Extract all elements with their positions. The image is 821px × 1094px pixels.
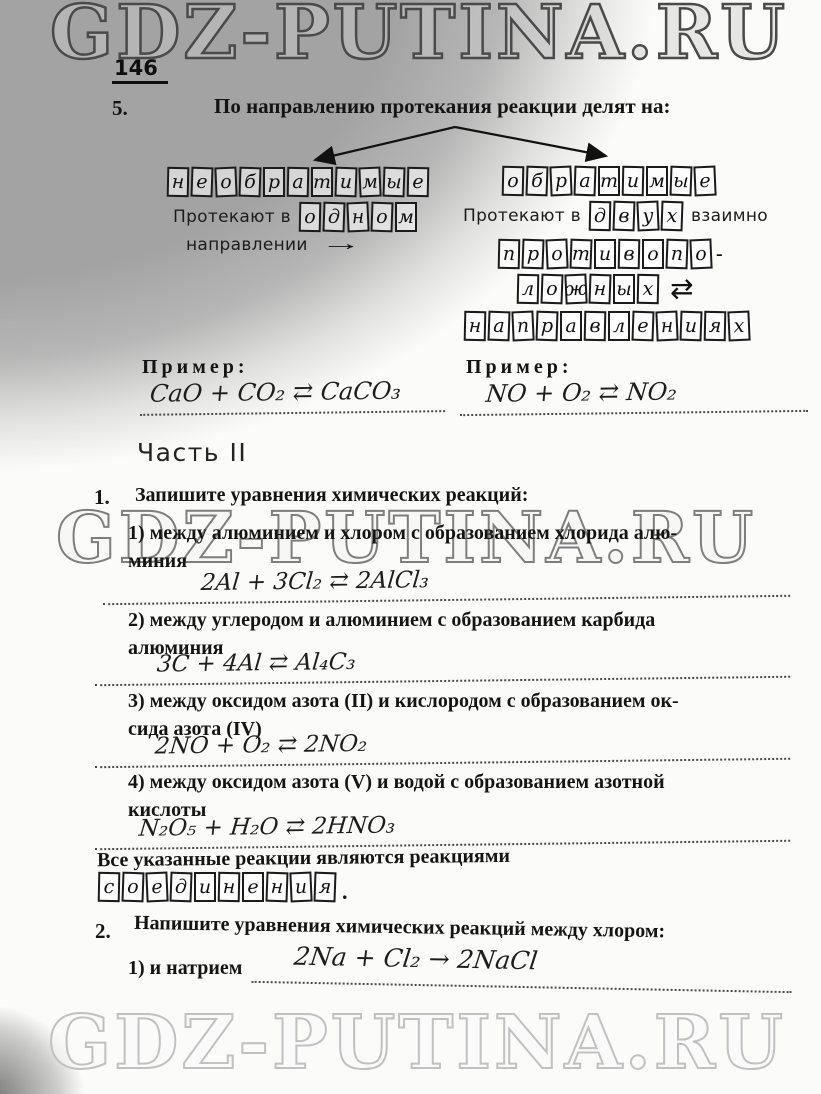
letter-box: н	[218, 872, 241, 902]
letter-box: т	[598, 166, 620, 196]
letter-box: ы	[613, 274, 635, 304]
letter-box: п	[511, 311, 534, 342]
subitem-3-line1: 3) между оксидом азота (II) и кислородом…	[128, 687, 793, 715]
letter-box: и	[334, 167, 357, 198]
letter-box: м	[646, 166, 668, 196]
equation-line: 2NO + O₂ ⇄ 2NO₂	[95, 726, 790, 768]
example-label-right: Пример:	[466, 356, 573, 379]
letter-box: а	[560, 311, 582, 341]
flow-mid-right: взаимно	[691, 206, 768, 226]
letter-box: в	[618, 239, 641, 269]
answer-boxes-two: двух	[588, 201, 684, 231]
letter-box: х	[637, 274, 660, 304]
letter-box: и	[594, 239, 616, 269]
letter-box: с	[98, 872, 121, 902]
answer-boxes-directions: направлениях	[463, 311, 751, 341]
example-label-left: Пример:	[142, 356, 249, 379]
letter-box: в	[584, 311, 607, 341]
subitem-1-line1: 1) между алюминием и хлором с образовани…	[128, 519, 788, 547]
opposite-row-2: ложных ⇄	[516, 274, 693, 304]
letter-box: ы	[669, 166, 692, 197]
reversible-arrow-icon: ⇄	[670, 276, 693, 302]
answer-boxes-combination: соединения	[97, 872, 337, 902]
letter-box: о	[689, 239, 712, 270]
subitem-2-line1: 2) между углеродом и алюминием с образов…	[128, 606, 788, 634]
letter-box: п	[498, 239, 521, 269]
question-1-title: Запишите уравнения химических реакций:	[135, 484, 695, 507]
letter-box: и	[289, 872, 312, 903]
period: .	[342, 882, 348, 902]
subitem-4-line1: 4) между оксидом азота (V) и водой с обр…	[128, 768, 793, 796]
letter-box: о	[214, 167, 237, 198]
letter-box: п	[665, 239, 688, 270]
letter-box: е	[190, 167, 213, 198]
watermark-bottom: GDZ-PUTINA.RU	[48, 1000, 786, 1086]
letter-box: в	[612, 201, 635, 232]
letter-box: а	[573, 166, 596, 197]
letter-box: д	[322, 202, 345, 233]
handwritten-equation: NO + O₂ ⇄ NO₂	[459, 377, 679, 408]
flow-suffix-left: направлении	[186, 235, 308, 255]
letter-box: о	[540, 274, 563, 305]
letter-box: о	[545, 239, 568, 270]
letter-box: т	[569, 239, 592, 270]
letter-box: р	[263, 167, 285, 197]
letter-box: х	[660, 201, 683, 232]
handwritten-equation: N₂O₅ + H₂O ⇄ 2HNO₃	[94, 813, 397, 843]
letter-box: о	[642, 239, 664, 269]
question-1-number: 1.	[94, 485, 110, 510]
letter-box: х	[727, 311, 750, 342]
opposite-row-1: противопо -	[497, 239, 723, 269]
question-2-title: Напишите уравнения химических реакций ме…	[134, 912, 779, 945]
letter-box: и	[679, 311, 702, 342]
handwritten-equation: 2Al + 3Cl₂ ⇄ 2AlCl₃	[102, 567, 430, 597]
letter-box: ы	[382, 167, 405, 198]
letter-box: т	[311, 167, 333, 197]
letter-box: н	[167, 167, 190, 197]
letter-box: о	[121, 872, 144, 903]
letter-box: л	[608, 311, 630, 341]
letter-box: а	[487, 311, 510, 342]
letter-box: е	[407, 167, 430, 197]
letter-box: м	[358, 167, 381, 198]
letter-box: р	[535, 311, 558, 342]
q2-subitem-1-label: 1) и натрием	[128, 954, 242, 982]
flow-row-left: Протекают в одном	[173, 202, 418, 232]
question-5-number: 5.	[112, 96, 128, 121]
handwritten-equation: 2NO + O₂ ⇄ 2NO₂	[94, 731, 369, 760]
answer-boxes-irreversible: необратимые	[166, 167, 430, 197]
letter-box: о	[370, 202, 393, 233]
flow-prefix-left: Протекают в	[173, 207, 291, 227]
letter-box: е	[693, 166, 716, 197]
direction-row-left: направлении →	[186, 233, 351, 256]
handwritten-equation: 3C + 4Al ⇄ Al₄C₃	[94, 649, 357, 678]
letter-box: н	[588, 274, 611, 305]
answer-boxes-opposite-2: ложных	[516, 274, 660, 304]
letter-box: д	[589, 201, 612, 231]
equation-line: 2Na + Cl₂ → 2NaCl	[252, 941, 793, 993]
letter-box: б	[238, 167, 261, 198]
right-arrow-icon: →	[320, 233, 362, 256]
letter-box: у	[636, 201, 659, 232]
letter-box: р	[521, 239, 544, 270]
question-5-title: По направлению протекания реакции делят …	[214, 93, 764, 119]
conclusion-answer-row: соединения .	[97, 872, 348, 902]
letter-box: н	[655, 311, 678, 342]
letter-box: д	[169, 872, 192, 903]
equation-line: 2Al + 3Cl₂ ⇄ 2AlCl₃	[103, 563, 790, 605]
answer-boxes-one: одном	[298, 202, 418, 232]
letter-box: р	[549, 166, 572, 197]
letter-box: л	[517, 274, 540, 304]
letter-box: о	[502, 166, 525, 196]
letter-box: а	[287, 167, 310, 197]
part-2-heading: Часть II	[137, 438, 247, 467]
letter-box: о	[299, 202, 322, 232]
letter-box: е	[242, 872, 264, 902]
equation-line: CaO + CO₂ ⇄ CaCO₃	[140, 376, 445, 416]
letter-box: я	[313, 872, 336, 903]
hyphen: -	[716, 243, 723, 266]
letter-box: и	[622, 166, 645, 196]
letter-box: н	[346, 202, 369, 233]
equation-line: 3C + 4Al ⇄ Al₄C₃	[95, 644, 790, 686]
letter-box: я	[704, 311, 727, 341]
letter-box: е	[631, 311, 654, 342]
letter-box: и	[194, 872, 216, 902]
letter-box: н	[265, 872, 288, 903]
answer-boxes-opposite-1: противопо	[497, 239, 713, 269]
letter-box: н	[464, 311, 487, 341]
handwritten-equation: 2Na + Cl₂ → 2NaCl	[250, 941, 539, 975]
letter-box: м	[395, 202, 417, 232]
letter-box: ж	[564, 274, 587, 305]
answer-boxes-reversible: обратимые	[501, 166, 717, 196]
letter-box: е	[145, 872, 168, 903]
flow-row-right: Протекают в двух взаимно	[463, 201, 768, 231]
handwritten-equation: CaO + CO₂ ⇄ CaCO₃	[139, 377, 403, 408]
question-2-number: 2.	[95, 919, 111, 944]
page-number: 146	[112, 56, 168, 84]
equation-line: NO + O₂ ⇄ NO₂	[460, 376, 808, 416]
flow-prefix-right: Протекают в	[463, 206, 581, 226]
letter-box: б	[525, 166, 548, 197]
